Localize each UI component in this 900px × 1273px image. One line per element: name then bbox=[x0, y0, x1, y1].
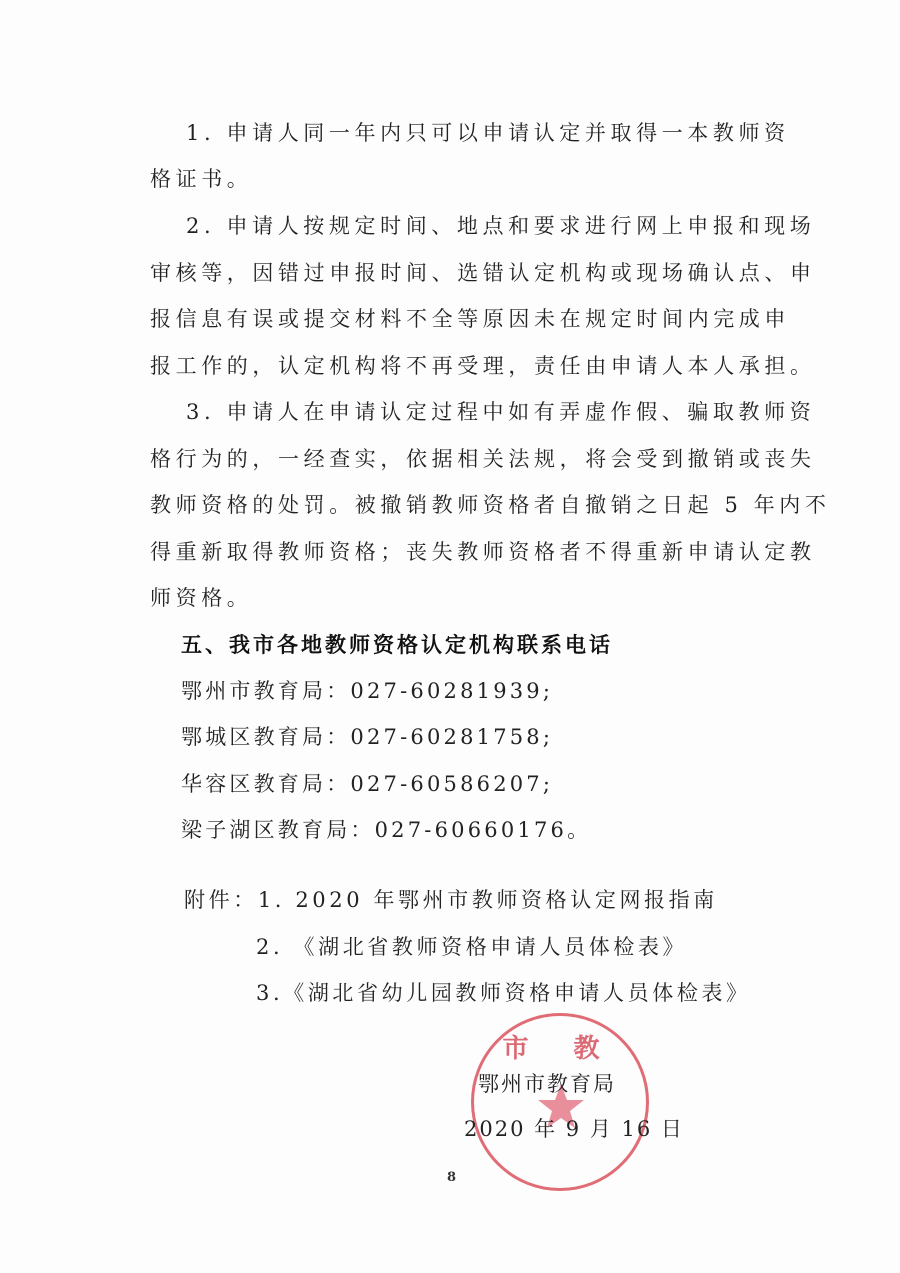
official-seal: 市 教 bbox=[471, 1013, 649, 1191]
rule-1-line-1: 1. 申请人同一年内只可以申请认定并取得一本教师资 bbox=[186, 119, 790, 147]
contact-row-huarong: 华容区教育局：027-60586207; bbox=[181, 770, 553, 798]
contact-phone: 027-60586207; bbox=[350, 772, 553, 796]
rule-3-line-1: 3. 申请人在申请认定过程中如有弄虚作假、骗取教师资 bbox=[186, 398, 815, 426]
contact-phone: 027-60660176。 bbox=[375, 818, 592, 842]
rule-2-line-4: 报工作的，认定机构将不再受理，责任由申请人本人承担。 bbox=[150, 352, 816, 380]
contact-phone: 027-60281758; bbox=[350, 725, 553, 749]
attachment-item: 1. 2020 年鄂州市教师资格认定网报指南 bbox=[258, 888, 718, 912]
contact-agency: 鄂州市教育局： bbox=[181, 679, 350, 703]
page-number: 8 bbox=[447, 1170, 456, 1185]
issue-date: 2020 年 9 月 16 日 bbox=[464, 1113, 684, 1143]
section-heading: 五、我市各地教师资格认定机构联系电话 bbox=[181, 631, 613, 659]
attachment-row-2: 2. 《湖北省教师资格申请人员体检表》 bbox=[256, 933, 687, 961]
rule-3-line-3: 教师资格的处罚。被撤销教师资格者自撤销之日起 5 年内不 bbox=[150, 491, 831, 519]
attachment-row-3: 3.《湖北省幼儿园教师资格申请人员体检表》 bbox=[256, 979, 751, 1007]
rule-1-line-2: 格证书。 bbox=[150, 165, 252, 193]
attachments-label: 附件： bbox=[184, 888, 258, 912]
seal-text: 市 教 bbox=[474, 1028, 646, 1065]
rule-3-line-5: 师资格。 bbox=[150, 584, 252, 612]
contact-row-liangzihu: 梁子湖区教育局：027-60660176。 bbox=[181, 816, 591, 844]
contact-row-echeng: 鄂城区教育局：027-60281758; bbox=[181, 723, 553, 751]
rule-3-line-2: 格行为的，一经查实，依据相关法规，将会受到撤销或丧失 bbox=[150, 445, 816, 473]
contact-agency: 梁子湖区教育局： bbox=[181, 818, 375, 842]
rule-2-line-3: 报信息有误或提交材料不全等原因未在规定时间内完成申 bbox=[150, 305, 790, 333]
issuer-name: 鄂州市教育局 bbox=[478, 1068, 616, 1098]
contact-phone: 027-60281939; bbox=[350, 679, 553, 703]
rule-2-line-2: 审核等，因错过申报时间、选错认定机构或现场确认点、申 bbox=[150, 259, 816, 287]
contact-agency: 华容区教育局： bbox=[181, 772, 350, 796]
contact-row-ezhou-city: 鄂州市教育局：027-60281939; bbox=[181, 677, 553, 705]
contact-agency: 鄂城区教育局： bbox=[181, 725, 350, 749]
rule-3-line-4: 得重新取得教师资格；丧失教师资格者不得重新申请认定教 bbox=[150, 538, 816, 566]
attachment-row-1: 附件：1. 2020 年鄂州市教师资格认定网报指南 bbox=[184, 886, 718, 914]
document-page: 1. 申请人同一年内只可以申请认定并取得一本教师资 格证书。 2. 申请人按规定… bbox=[0, 0, 900, 1273]
rule-2-line-1: 2. 申请人按规定时间、地点和要求进行网上申报和现场 bbox=[186, 212, 815, 240]
